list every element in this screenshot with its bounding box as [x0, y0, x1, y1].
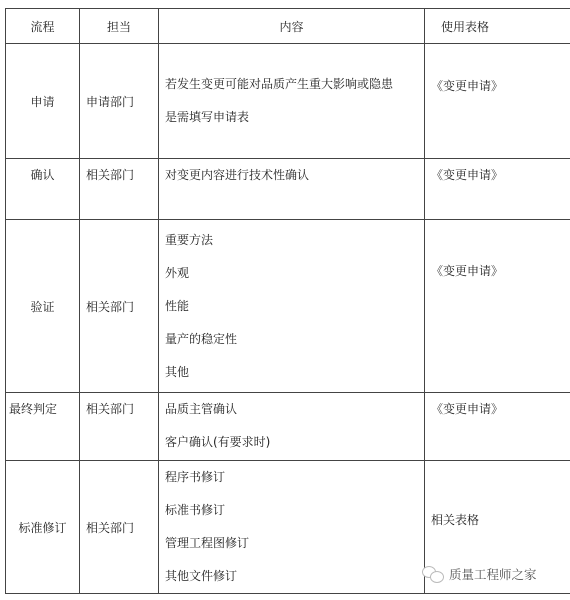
- cell-content: 品质主管确认 客户确认(有要求时): [159, 393, 425, 461]
- content-line: 重要方法: [165, 224, 424, 257]
- content-line: 其他文件修订: [165, 560, 424, 593]
- watermark: 质量工程师之家: [422, 565, 537, 583]
- cell-content: 对变更内容进行技术性确认: [159, 159, 425, 220]
- content-line: 标准书修订: [165, 494, 424, 527]
- table-row: 最终判定 相关部门 品质主管确认 客户确认(有要求时) 《变更申请》: [6, 393, 570, 461]
- content-line: 管理工程图修订: [165, 527, 424, 560]
- cell-form: 《变更申请》: [425, 44, 570, 159]
- content-line: 外观: [165, 257, 424, 290]
- content-line: 品质主管确认: [165, 393, 424, 426]
- owner-label: 相关部门: [86, 393, 158, 426]
- header-form: 使用表格: [425, 9, 570, 44]
- cell-owner: 相关部门: [80, 159, 159, 220]
- cell-content: 程序书修订 标准书修订 管理工程图修订 其他文件修订: [159, 461, 425, 594]
- cell-process: 标准修订: [6, 461, 80, 594]
- cell-process: 确认: [6, 159, 80, 220]
- form-label: 《变更申请》: [431, 159, 570, 192]
- cell-owner: 相关部门: [80, 393, 159, 461]
- table-row: 申请 申请部门 若发生变更可能对品质产生重大影响或隐患 是需填写申请表 《变更申…: [6, 44, 570, 159]
- cell-form: 《变更申请》: [425, 393, 570, 461]
- content-line: 量产的稳定性: [165, 323, 424, 356]
- watermark-text: 质量工程师之家: [449, 565, 537, 583]
- cell-process: 申请: [6, 44, 80, 159]
- form-label: 相关表格: [431, 504, 570, 537]
- form-label: 《变更申请》: [431, 255, 570, 288]
- wechat-icon: [422, 566, 444, 582]
- cell-content: 重要方法 外观 性能 量产的稳定性 其他: [159, 220, 425, 393]
- form-label: 《变更申请》: [431, 393, 570, 426]
- cell-owner: 相关部门: [80, 461, 159, 594]
- cell-form: 《变更申请》: [425, 159, 570, 220]
- table-row: 验证 相关部门 重要方法 外观 性能 量产的稳定性 其他 《变更申请》: [6, 220, 570, 393]
- content-line: 若发生变更可能对品质产生重大影响或隐患: [165, 68, 424, 101]
- content-line: 性能: [165, 290, 424, 323]
- header-owner: 担当: [80, 9, 159, 44]
- cell-form: 《变更申请》: [425, 220, 570, 393]
- content-line: 客户确认(有要求时): [165, 426, 424, 459]
- content-line: 程序书修订: [165, 461, 424, 494]
- content-line: 其他: [165, 356, 424, 389]
- header-process: 流程: [6, 9, 80, 44]
- cell-content: 若发生变更可能对品质产生重大影响或隐患 是需填写申请表: [159, 44, 425, 159]
- process-label: 最终判定: [9, 393, 79, 426]
- cell-process: 验证: [6, 220, 80, 393]
- cell-owner: 相关部门: [80, 220, 159, 393]
- owner-label: 相关部门: [86, 159, 158, 192]
- cell-owner: 申请部门: [80, 44, 159, 159]
- table-header-row: 流程 担当 内容 使用表格: [6, 9, 570, 44]
- table-row: 确认 相关部门 对变更内容进行技术性确认 《变更申请》: [6, 159, 570, 220]
- process-label: 确认: [6, 159, 79, 192]
- cell-process: 最终判定: [6, 393, 80, 461]
- content-line: 是需填写申请表: [165, 101, 424, 134]
- header-content: 内容: [159, 9, 425, 44]
- content-line: 对变更内容进行技术性确认: [165, 159, 424, 192]
- change-process-table: 流程 担当 内容 使用表格 申请 申请部门 若发生变更可能对品质产生重大影响或隐…: [5, 8, 570, 594]
- form-label: 《变更申请》: [431, 70, 570, 103]
